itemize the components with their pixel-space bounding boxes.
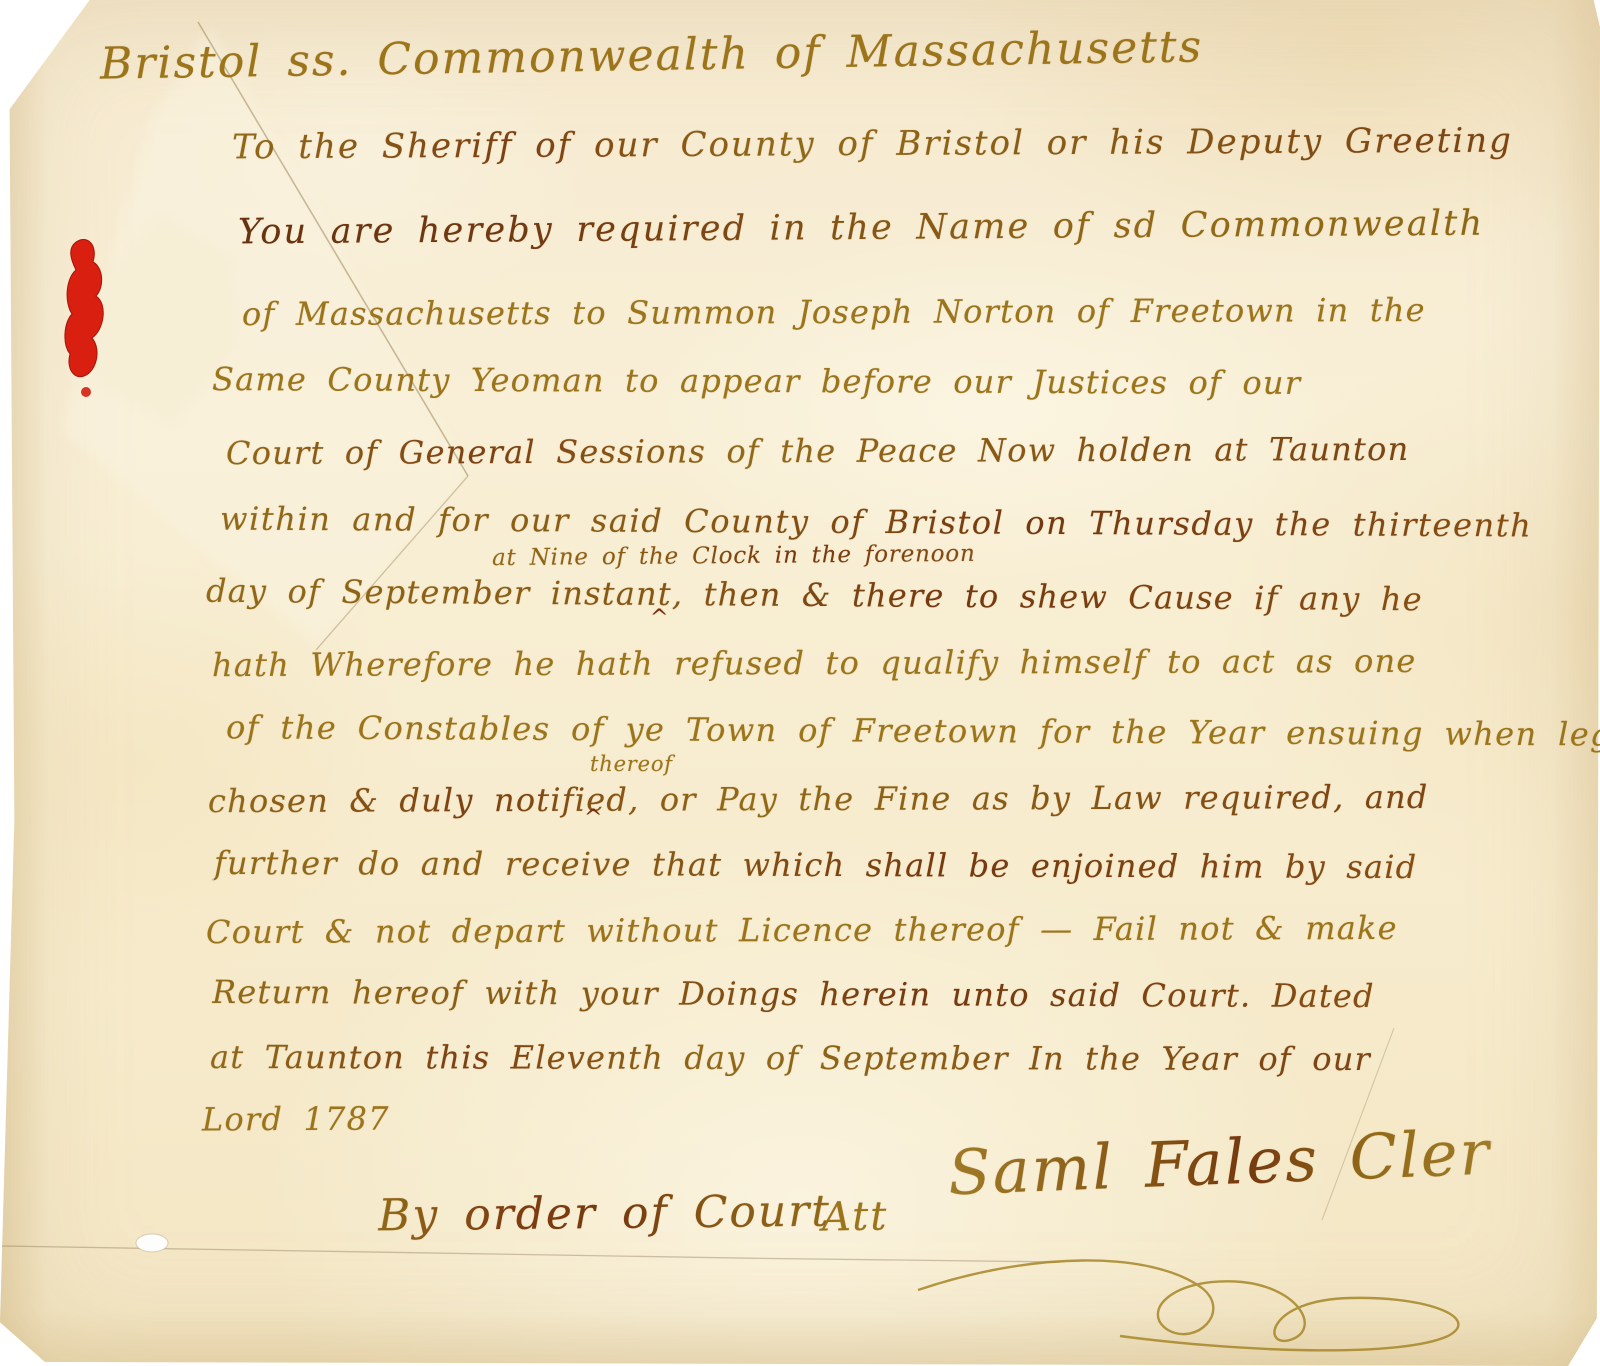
attest-label: Att — [822, 1193, 889, 1240]
manuscript-scan: Bristol ss. Commonwealth of Massachusett… — [0, 0, 1600, 1366]
manuscript-line: of Massachusetts to Summon Joseph Norton… — [242, 291, 1426, 333]
caret-mark: ^ — [584, 806, 604, 831]
manuscript-line: Court of General Sessions of the Peace N… — [226, 430, 1409, 472]
manuscript-line: Court & not depart without Licence there… — [206, 909, 1398, 951]
interlineation-thereof: thereof — [590, 752, 673, 776]
manuscript-line: further do and receive that which shall … — [214, 844, 1417, 886]
manuscript-line: of the Constables of ye Town of Freetown… — [226, 708, 1600, 754]
caret-mark: ^ — [650, 606, 670, 631]
by-order-line: By order of Court — [378, 1186, 831, 1242]
manuscript-line: Same County Yeoman to appear before our … — [212, 360, 1301, 402]
manuscript-line: Lord 1787 — [202, 1100, 390, 1139]
manuscript-line: To the Sheriff of our County of Bristol … — [232, 121, 1513, 168]
manuscript-line: hath Wherefore he hath refused to qualif… — [212, 642, 1417, 684]
interlineation-clock-time: at Nine of the Clock in the forenoon — [492, 541, 976, 571]
manuscript-line: Return hereof with your Doings herein un… — [212, 973, 1375, 1015]
manuscript-line: within and for our said County of Bristo… — [220, 500, 1533, 545]
manuscript-line: at Taunton this Eleventh day of Septembe… — [210, 1038, 1371, 1078]
manuscript-line: chosen & duly notified, or Pay the Fine … — [208, 778, 1429, 820]
